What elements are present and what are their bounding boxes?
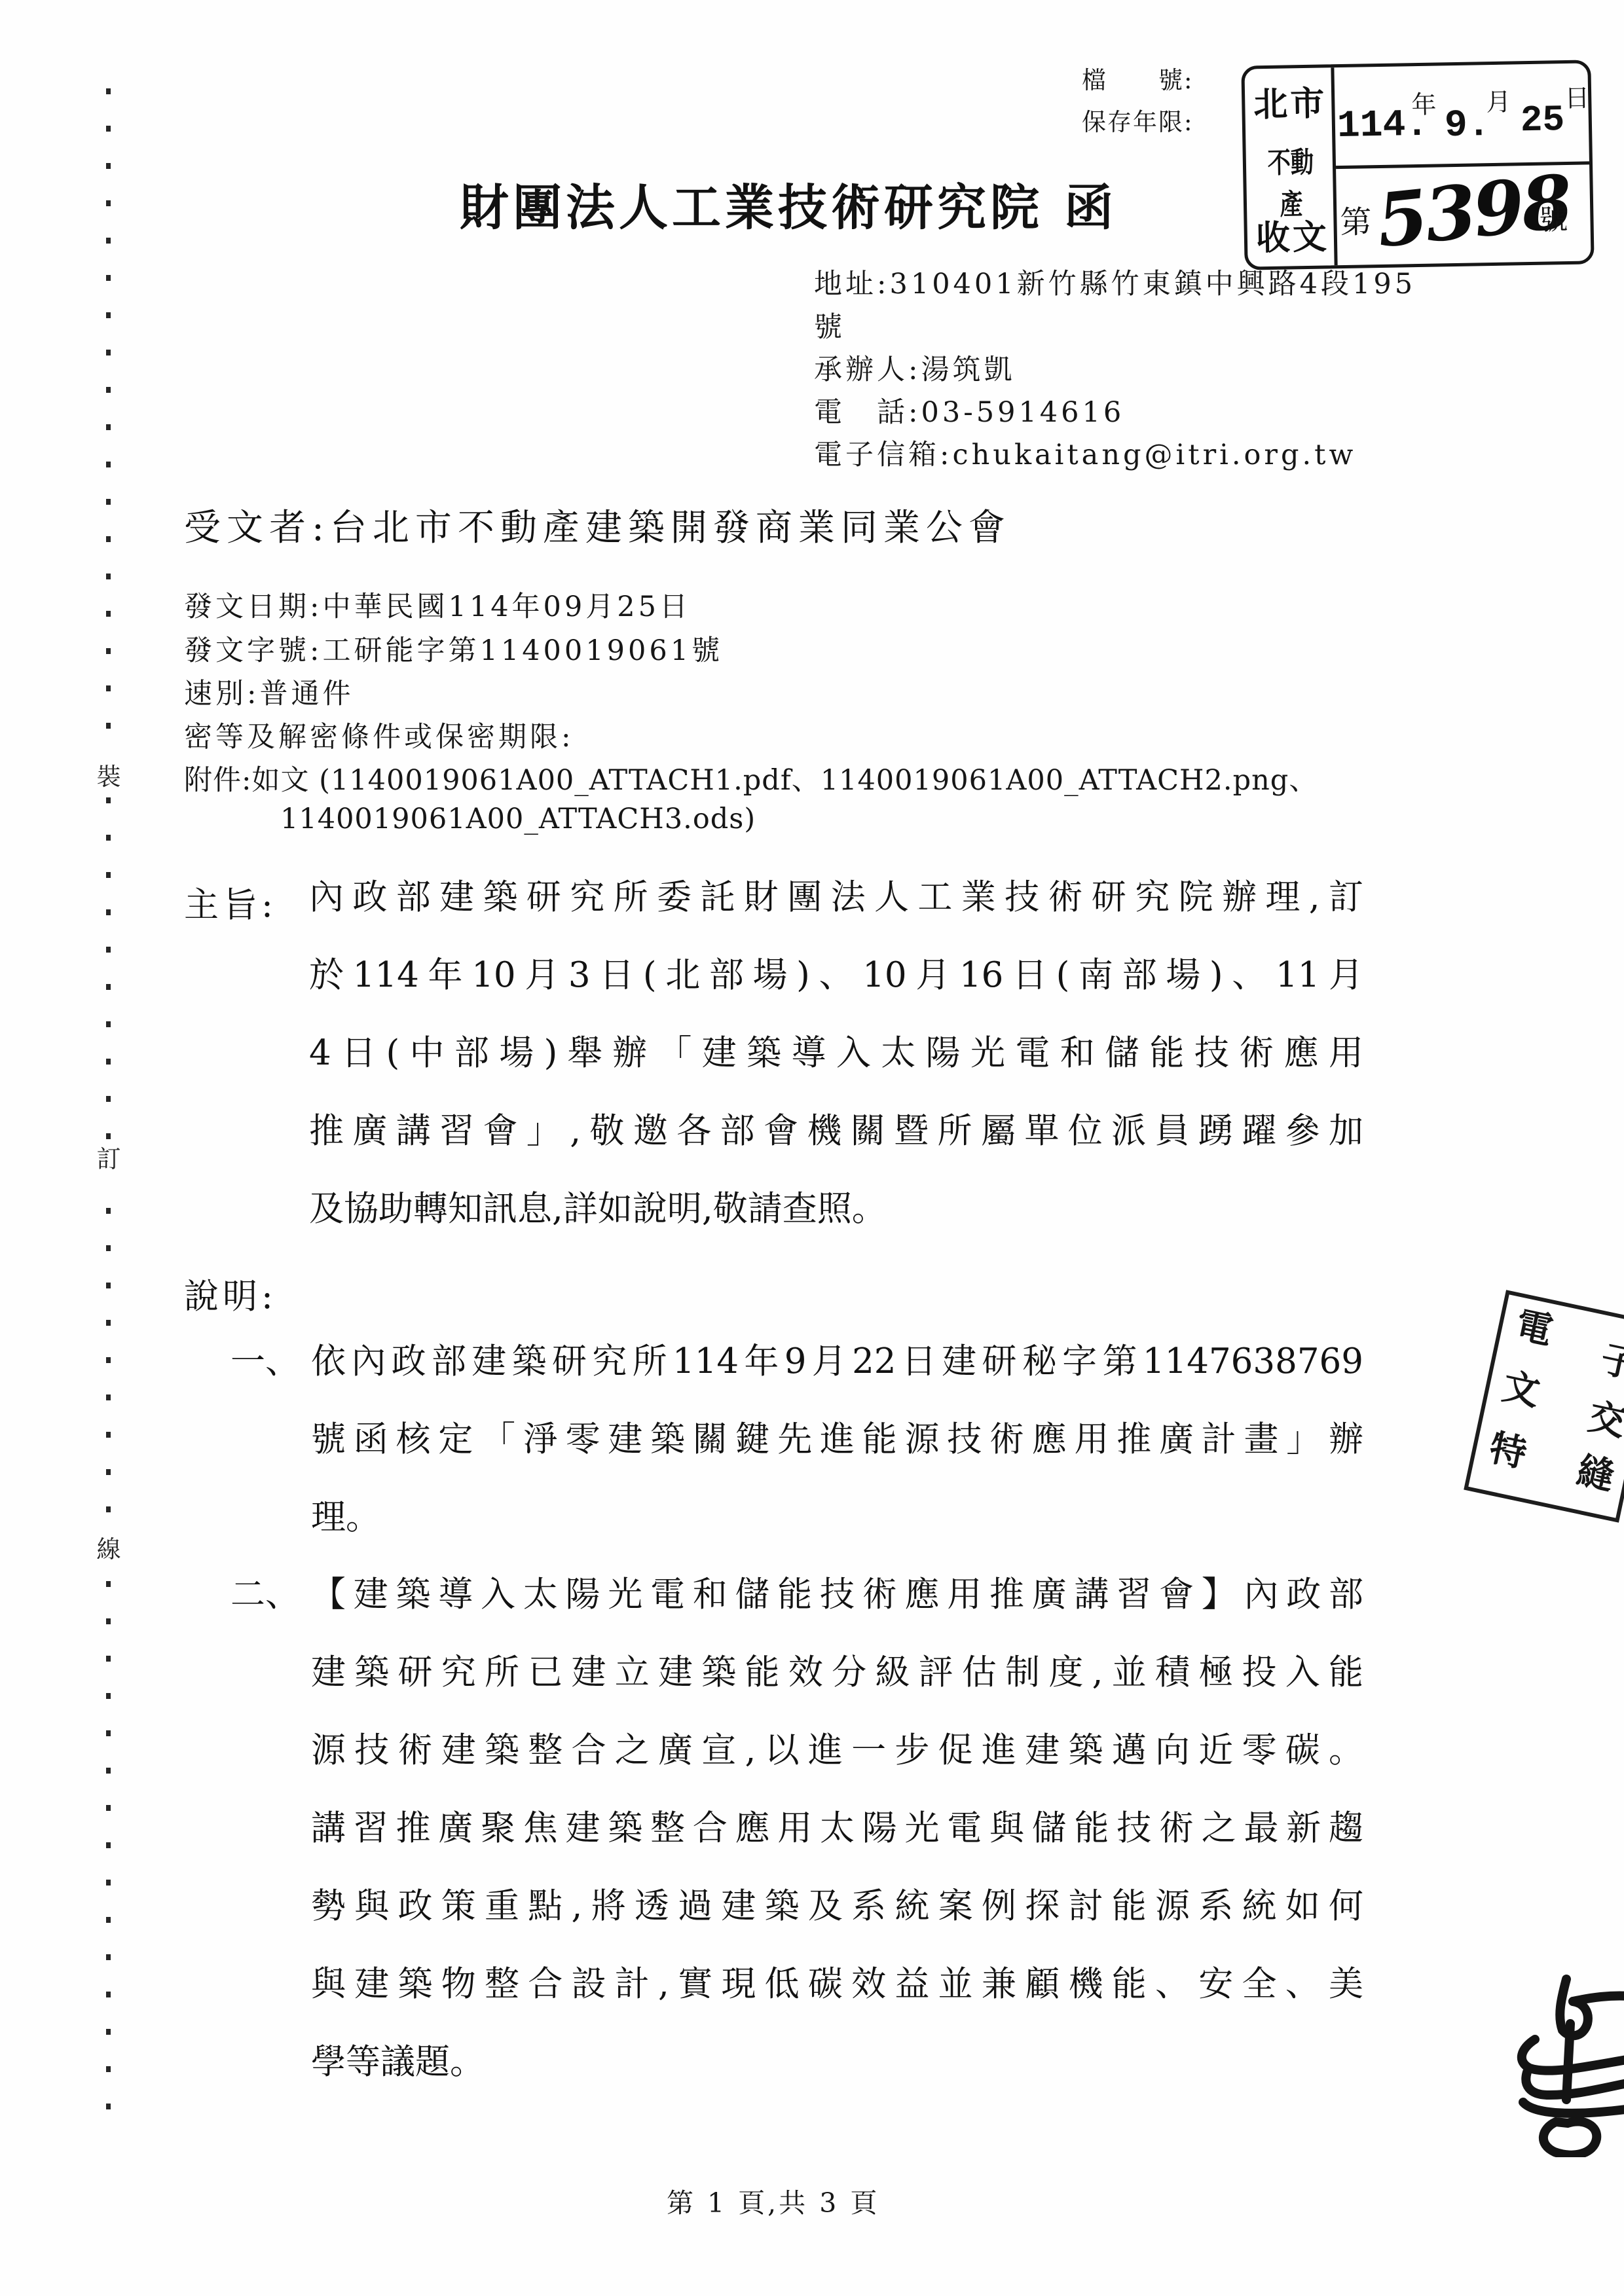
subject-line: 4日(中部場)舉辦「建築導入太陽光電和儲能技術應用 [309, 1033, 1363, 1074]
archive-number-label: 檔 號: [1082, 60, 1193, 96]
sender-address-line1: 地址:310401新竹縣竹東鎮中興路4段195 [814, 262, 1416, 302]
explanation-item2-number: 二、 [231, 1575, 300, 1615]
receipt-stamp-number-suffix: 號 [1539, 196, 1568, 238]
explanation-item2-line: 講習推廣聚焦建築整合應用太陽光電與儲能技術之最新趨 [311, 1808, 1363, 1849]
issue-date-line: 發文日期:中華民國114年09月25日 [184, 585, 691, 625]
sender-email: 電子信箱:chukaitang@itri.org.tw [814, 433, 1356, 473]
subject-line: 於114年10月3日(北部場)、10月16日(南部場)、11月 [309, 955, 1363, 996]
explanation-item1-line: 理。 [311, 1497, 1363, 1538]
explanation-item2-line: 勢與政策重點,將透過建築及系統案例探討能源系統如何 [311, 1886, 1363, 1927]
letter-title: 財團法人工業技術研究院 函 [460, 169, 1117, 239]
explanation-item2-line: 【建築導入太陽光電和儲能技術應用推廣講習會】內政部 [311, 1575, 1363, 1615]
sender-contact-person: 承辦人:湯筑凱 [814, 348, 1016, 388]
scanned-letter-page: 裝 訂 線 檔 號: 保存年限: 北市 不動產 收文 114. 年 9. 月 2… [0, 0, 1624, 2296]
receipt-stamp: 北市 不動產 收文 114. 年 9. 月 25 日 第 5398 號 [1241, 60, 1594, 270]
subject-line: 內政部建築研究所委託財團法人工業技術研究院辦理,訂 [309, 877, 1363, 918]
efile-stamp-partial-char: 縫 [1574, 1452, 1617, 1495]
sender-phone: 電 話:03-5914616 [814, 390, 1124, 430]
binding-mark-xian: 線 [94, 1531, 123, 1568]
subject-label: 主旨: [184, 877, 277, 927]
efile-stamp-char: 電 [1513, 1306, 1556, 1349]
efile-stamp-partial-char: 子 [1598, 1340, 1624, 1383]
efile-stamp-char: 文 [1500, 1368, 1543, 1411]
recipient-line: 受文者:台北市不動產建築開發商業同業公會 [184, 499, 1011, 551]
explanation-item2-line: 建築研究所已建立建築能效分級評估制度,並積極投入能 [311, 1652, 1363, 1693]
receipt-stamp-number-prefix: 第 [1340, 196, 1372, 242]
subject-line: 及協助轉知訊息,詳如說明,敬請查照。 [309, 1189, 1363, 1230]
explanation-item2-line: 學等議題。 [311, 2042, 1363, 2083]
receipt-stamp-month-label: 月 [1486, 82, 1511, 118]
receipt-stamp-org-line3: 收文 [1253, 209, 1331, 259]
explanation-item1-line: 號函核定「淨零建築關鍵先進能源技術應用推廣計畫」辦 [311, 1419, 1363, 1460]
page-number-footer: 第 1 頁,共 3 頁 [667, 2181, 879, 2220]
explanation-label: 說明: [184, 1269, 277, 1319]
explanation-item1-number: 一、 [231, 1341, 300, 1382]
attachment-line1: 附件:如文 (1140019061A00_ATTACH1.pdf、1140019… [184, 758, 1318, 798]
receipt-stamp-org-line1: 北市 [1251, 75, 1329, 126]
security-line: 密等及解密條件或保密期限: [184, 715, 574, 755]
receipt-stamp-day-value: 25 [1520, 99, 1564, 141]
binding-mark-zhuang: 裝 [94, 758, 123, 795]
explanation-item2-line: 與建築物整合設計,實現低碳效益並兼顧機能、安全、美 [311, 1964, 1363, 2005]
retention-period-label: 保存年限: [1082, 102, 1193, 137]
efile-stamp-char: 特 [1486, 1429, 1530, 1472]
explanation-item1-line: 依內政部建築研究所114年9月22日建研秘字第1147638769 [311, 1341, 1363, 1382]
binding-mark-ding: 訂 [94, 1140, 123, 1178]
efile-stamp: 電 文 特 子 交 縫 [1464, 1290, 1624, 1522]
sender-address-line2: 號 [814, 305, 845, 345]
handwritten-flourish [1493, 1961, 1624, 2157]
receipt-stamp-month-value: 9. [1444, 104, 1490, 147]
attachment-line2: 1140019061A00_ATTACH3.ods) [280, 803, 756, 835]
explanation-item2-line: 源技術建築整合之廣宣,以進一步促進建築邁向近零碳。 [311, 1730, 1363, 1771]
speed-line: 速別:普通件 [184, 672, 354, 712]
binding-dotted-line [106, 88, 111, 2124]
doc-number-line: 發文字號:工研能字第1140019061號 [184, 629, 723, 668]
efile-stamp-partial-char: 交 [1585, 1398, 1624, 1441]
receipt-stamp-year-label: 年 [1411, 84, 1437, 120]
subject-line: 推廣講習會」,敬邀各部會機關暨所屬單位派員踴躍參加 [309, 1111, 1363, 1152]
receipt-stamp-day-label: 日 [1564, 77, 1590, 114]
